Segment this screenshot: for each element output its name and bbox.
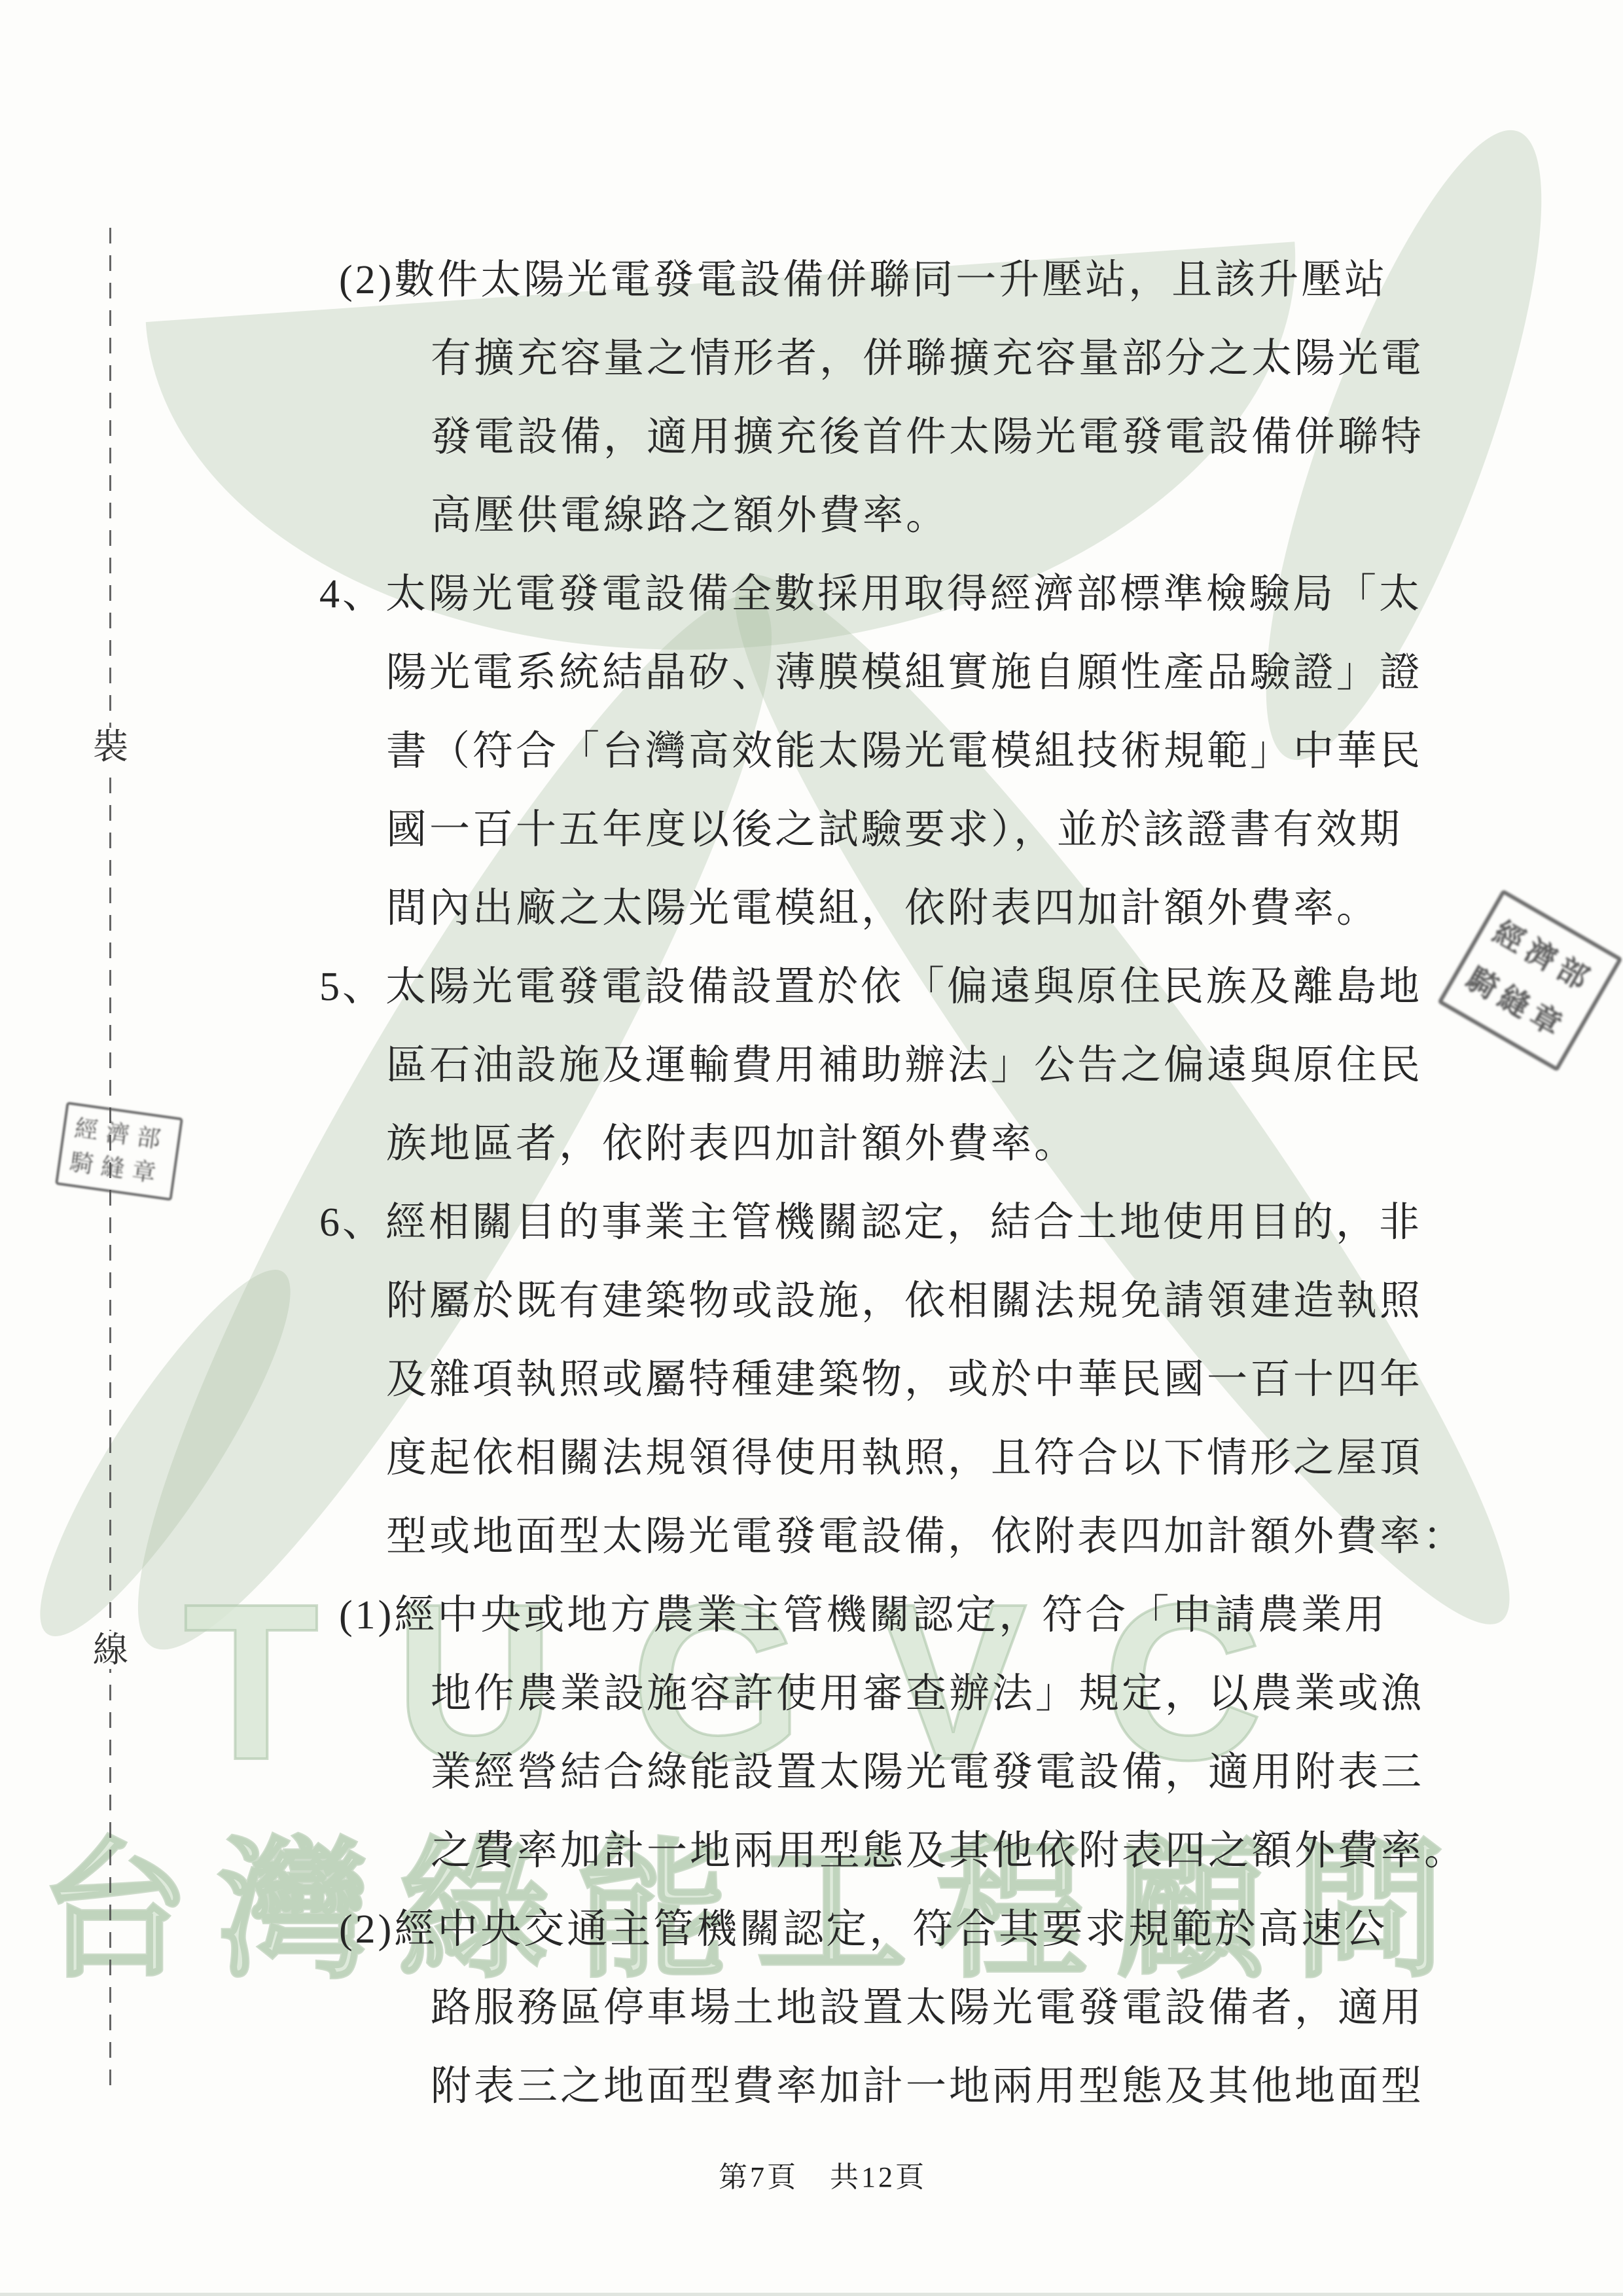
scan-bottom-edge (0, 2293, 1623, 2296)
page-number: 第7頁 共12頁 (719, 2155, 927, 2200)
text-line: 型或地面型太陽光電發電設備，依附表四加計額外費率： (0, 1498, 1623, 1576)
text-line: 族地區者，依附表四加計額外費率。 (0, 1105, 1623, 1183)
document-page: TUGVC 台灣綠能工程顧問 裝 線 經濟部 騎縫章 經濟部 騎縫章 (2)數件… (0, 0, 1623, 2296)
text-line: 6、經相關目的事業主管機關認定，結合土地使用目的，非 (0, 1183, 1623, 1262)
text-line: (2)經中央交通主管機關認定，符合其要求規範於高速公 (0, 1890, 1623, 1969)
text-line: 間內出廠之太陽光電模組，依附表四加計額外費率。 (0, 869, 1623, 948)
text-line: 之費率加計一地兩用型態及其他依附表四之額外費率。 (0, 1812, 1623, 1890)
text-line: 地作農業設施容許使用審查辦法」規定，以農業或漁 (0, 1655, 1623, 1733)
text-line: 4、太陽光電發電設備全數採用取得經濟部標準檢驗局「太 (0, 555, 1623, 634)
text-line: 發電設備，適用擴充後首件太陽光電發電設備併聯特 (0, 398, 1623, 476)
text-line: 高壓供電線路之額外費率。 (0, 476, 1623, 555)
text-line: 有擴充容量之情形者，併聯擴充容量部分之太陽光電 (0, 319, 1623, 398)
text-line: 書（符合「台灣高效能太陽光電模組技術規範」中華民 (0, 712, 1623, 791)
binding-char-zhuang: 裝 (92, 728, 130, 766)
document-body: (2)數件太陽光電發電設備併聯同一升壓站，且該升壓站 有擴充容量之情形者，併聯擴… (0, 241, 1623, 2126)
text-line: 及雜項執照或屬特種建築物，或於中華民國一百十四年 (0, 1340, 1623, 1419)
seal-stamp-left: 經濟部 騎縫章 (55, 1102, 183, 1201)
text-line: 國一百十五年度以後之試驗要求），並於該證書有效期 (0, 791, 1623, 869)
text-line: 5、太陽光電發電設備設置於依「偏遠與原住民族及離島地 (0, 948, 1623, 1026)
text-line: 度起依相關法規領得使用執照，且符合以下情形之屋頂 (0, 1419, 1623, 1498)
text-line: 業經營結合綠能設置太陽光電發電設備，適用附表三 (0, 1733, 1623, 1812)
text-line: 區石油設施及運輸費用補助辦法」公告之偏遠與原住民 (0, 1026, 1623, 1105)
text-line: 路服務區停車場土地設置太陽光電發電設備者，適用 (0, 1969, 1623, 2047)
text-line: (2)數件太陽光電發電設備併聯同一升壓站，且該升壓站 (0, 241, 1623, 319)
text-line: 附屬於既有建築物或設施，依相關法規免請領建造執照 (0, 1262, 1623, 1340)
text-line: 陽光電系統結晶矽、薄膜模組實施自願性產品驗證」證 (0, 634, 1623, 712)
text-line: (1)經中央或地方農業主管機關認定，符合「申請農業用 (0, 1576, 1623, 1655)
text-line: 附表三之地面型費率加計一地兩用型態及其他地面型 (0, 2047, 1623, 2126)
binding-char-xian: 線 (92, 1631, 130, 1669)
